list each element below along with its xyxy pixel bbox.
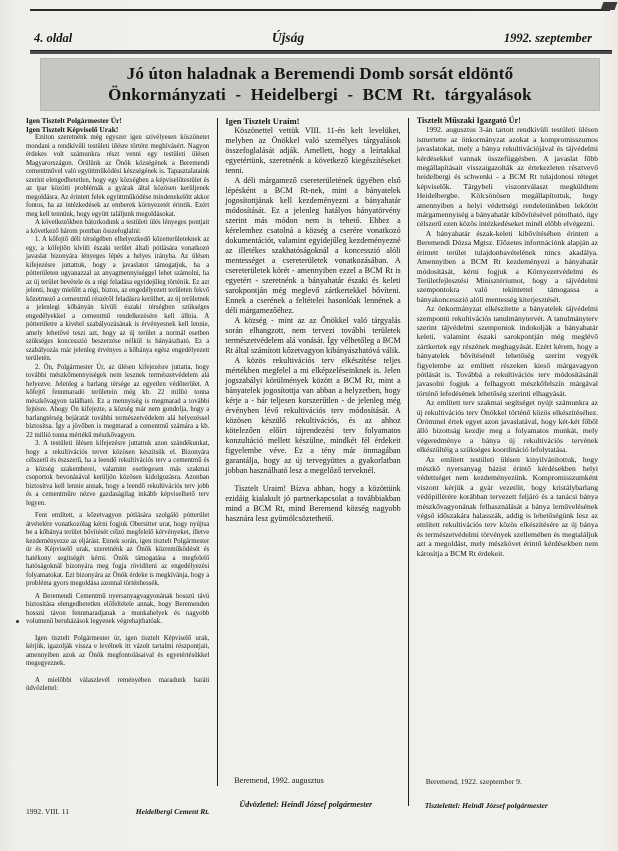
page-top-rule — [30, 9, 610, 11]
scan-artifact-mark — [601, 2, 618, 10]
page-number: 4. oldal — [34, 31, 72, 46]
paragraph-point-2: 2. Ön, Polgármester Úr, az ülésen kifeje… — [26, 364, 209, 441]
article-columns: Igen Tisztelt Polgármester Úr! Igen Tisz… — [26, 116, 598, 816]
paragraph-point-3: 3. A testületi ülésen kifejezésre juttat… — [26, 440, 209, 508]
column-spacer — [225, 524, 400, 776]
paragraph-point-1: 1. A kőfejtő déli térségében elhelyezked… — [26, 236, 209, 364]
headline-box: Jó úton haladnak a Beremendi Domb sorsát… — [40, 58, 600, 111]
paragraph: Igen tisztelt Polgármester úr, igen tisz… — [26, 635, 209, 669]
paragraph: Az említett testületi ülésen kinyilvánít… — [417, 455, 598, 558]
paragraph: Az önkormányzat elkészítette a bányatele… — [417, 304, 598, 398]
column-letter-mayor-reply: Igen Tisztelt Uraim! Köszönettel vettük … — [218, 116, 407, 816]
letter-signature: Tisztelettel: Heindl József polgármester — [425, 801, 598, 810]
paragraph: A bányahatár észak-keleti kibővítésében … — [417, 229, 598, 304]
letter-signature: Heidelbergi Cement Rt. — [136, 808, 210, 817]
paper-title: Újság — [272, 30, 304, 46]
paragraph: Köszönettel vettük VIII. 11-én kelt leve… — [225, 126, 400, 176]
letter-dateline: Beremend, 1922. szeptember 9. — [417, 777, 598, 786]
salutation-line: Igen Tisztelt Képviselő Urak! — [26, 125, 209, 134]
issue-date: 1992. szeptember — [504, 31, 592, 46]
paragraph: A déli márgamező csereterületének ügyébe… — [225, 176, 400, 316]
column-spacer — [26, 694, 209, 802]
headline-line-1: Jó úton haladnak a Beremendi Domb sorsát… — [44, 63, 596, 84]
letter-date: 1992. VIII. 11 — [26, 808, 69, 817]
masthead: 4. oldal Újság 1992. szeptember — [34, 30, 592, 46]
newspaper-page: 4. oldal Újság 1992. szeptember Jó úton … — [0, 0, 618, 851]
column-letter-heidelberg: Igen Tisztelt Polgármester Úr! Igen Tisz… — [26, 116, 217, 816]
paragraph: A következőkben bátorkodunk a testületi … — [26, 219, 209, 236]
column-letter-technical-director: Tisztelt Műszaki Igazgató Úr! 1992. augu… — [409, 116, 598, 816]
letter-signature: Üdvözlettel: Heindl József polgármester — [239, 800, 400, 810]
paragraph: A közös rekultivációs terv elkészítése t… — [225, 356, 400, 476]
masthead-rule — [30, 50, 612, 54]
paragraph: A mielőbbi válaszlevél reményében maradu… — [26, 677, 209, 694]
paragraph: Az említett terv szakmai segítséget nyúj… — [417, 398, 598, 454]
column-spacer — [417, 558, 598, 777]
salutation-line: Igen Tisztelt Polgármester Úr! — [26, 116, 209, 125]
paragraph: Tisztelt Uraim! Bízva abban, hogy a közö… — [225, 484, 400, 524]
salutation-line: Igen Tisztelt Uraim! — [225, 116, 400, 126]
letter-dateline: Beremend, 1992. augusztus — [225, 776, 400, 786]
headline-line-2: Önkormányzati - Heidelbergi - BCM Rt. tá… — [44, 84, 596, 105]
paragraph: Ezúton szeretnénk még egyszer igen szívé… — [26, 134, 209, 219]
paragraph: A Beremendi Cementmű nyersanyagvagyonána… — [26, 593, 209, 627]
salutation-line: Tisztelt Műszaki Igazgató Úr! — [417, 116, 598, 125]
signature-row: 1992. VIII. 11 Heidelbergi Cement Rt. — [26, 808, 209, 817]
paragraph: Fent említett, a kőzetvagyon pótlására s… — [26, 512, 209, 589]
scan-artifact-dot — [16, 620, 19, 623]
paragraph: 1992. augusztus 3-án tartott rendkívüli … — [417, 125, 598, 228]
paragraph: A község - mint az az Önökkel való tárgy… — [225, 316, 400, 356]
